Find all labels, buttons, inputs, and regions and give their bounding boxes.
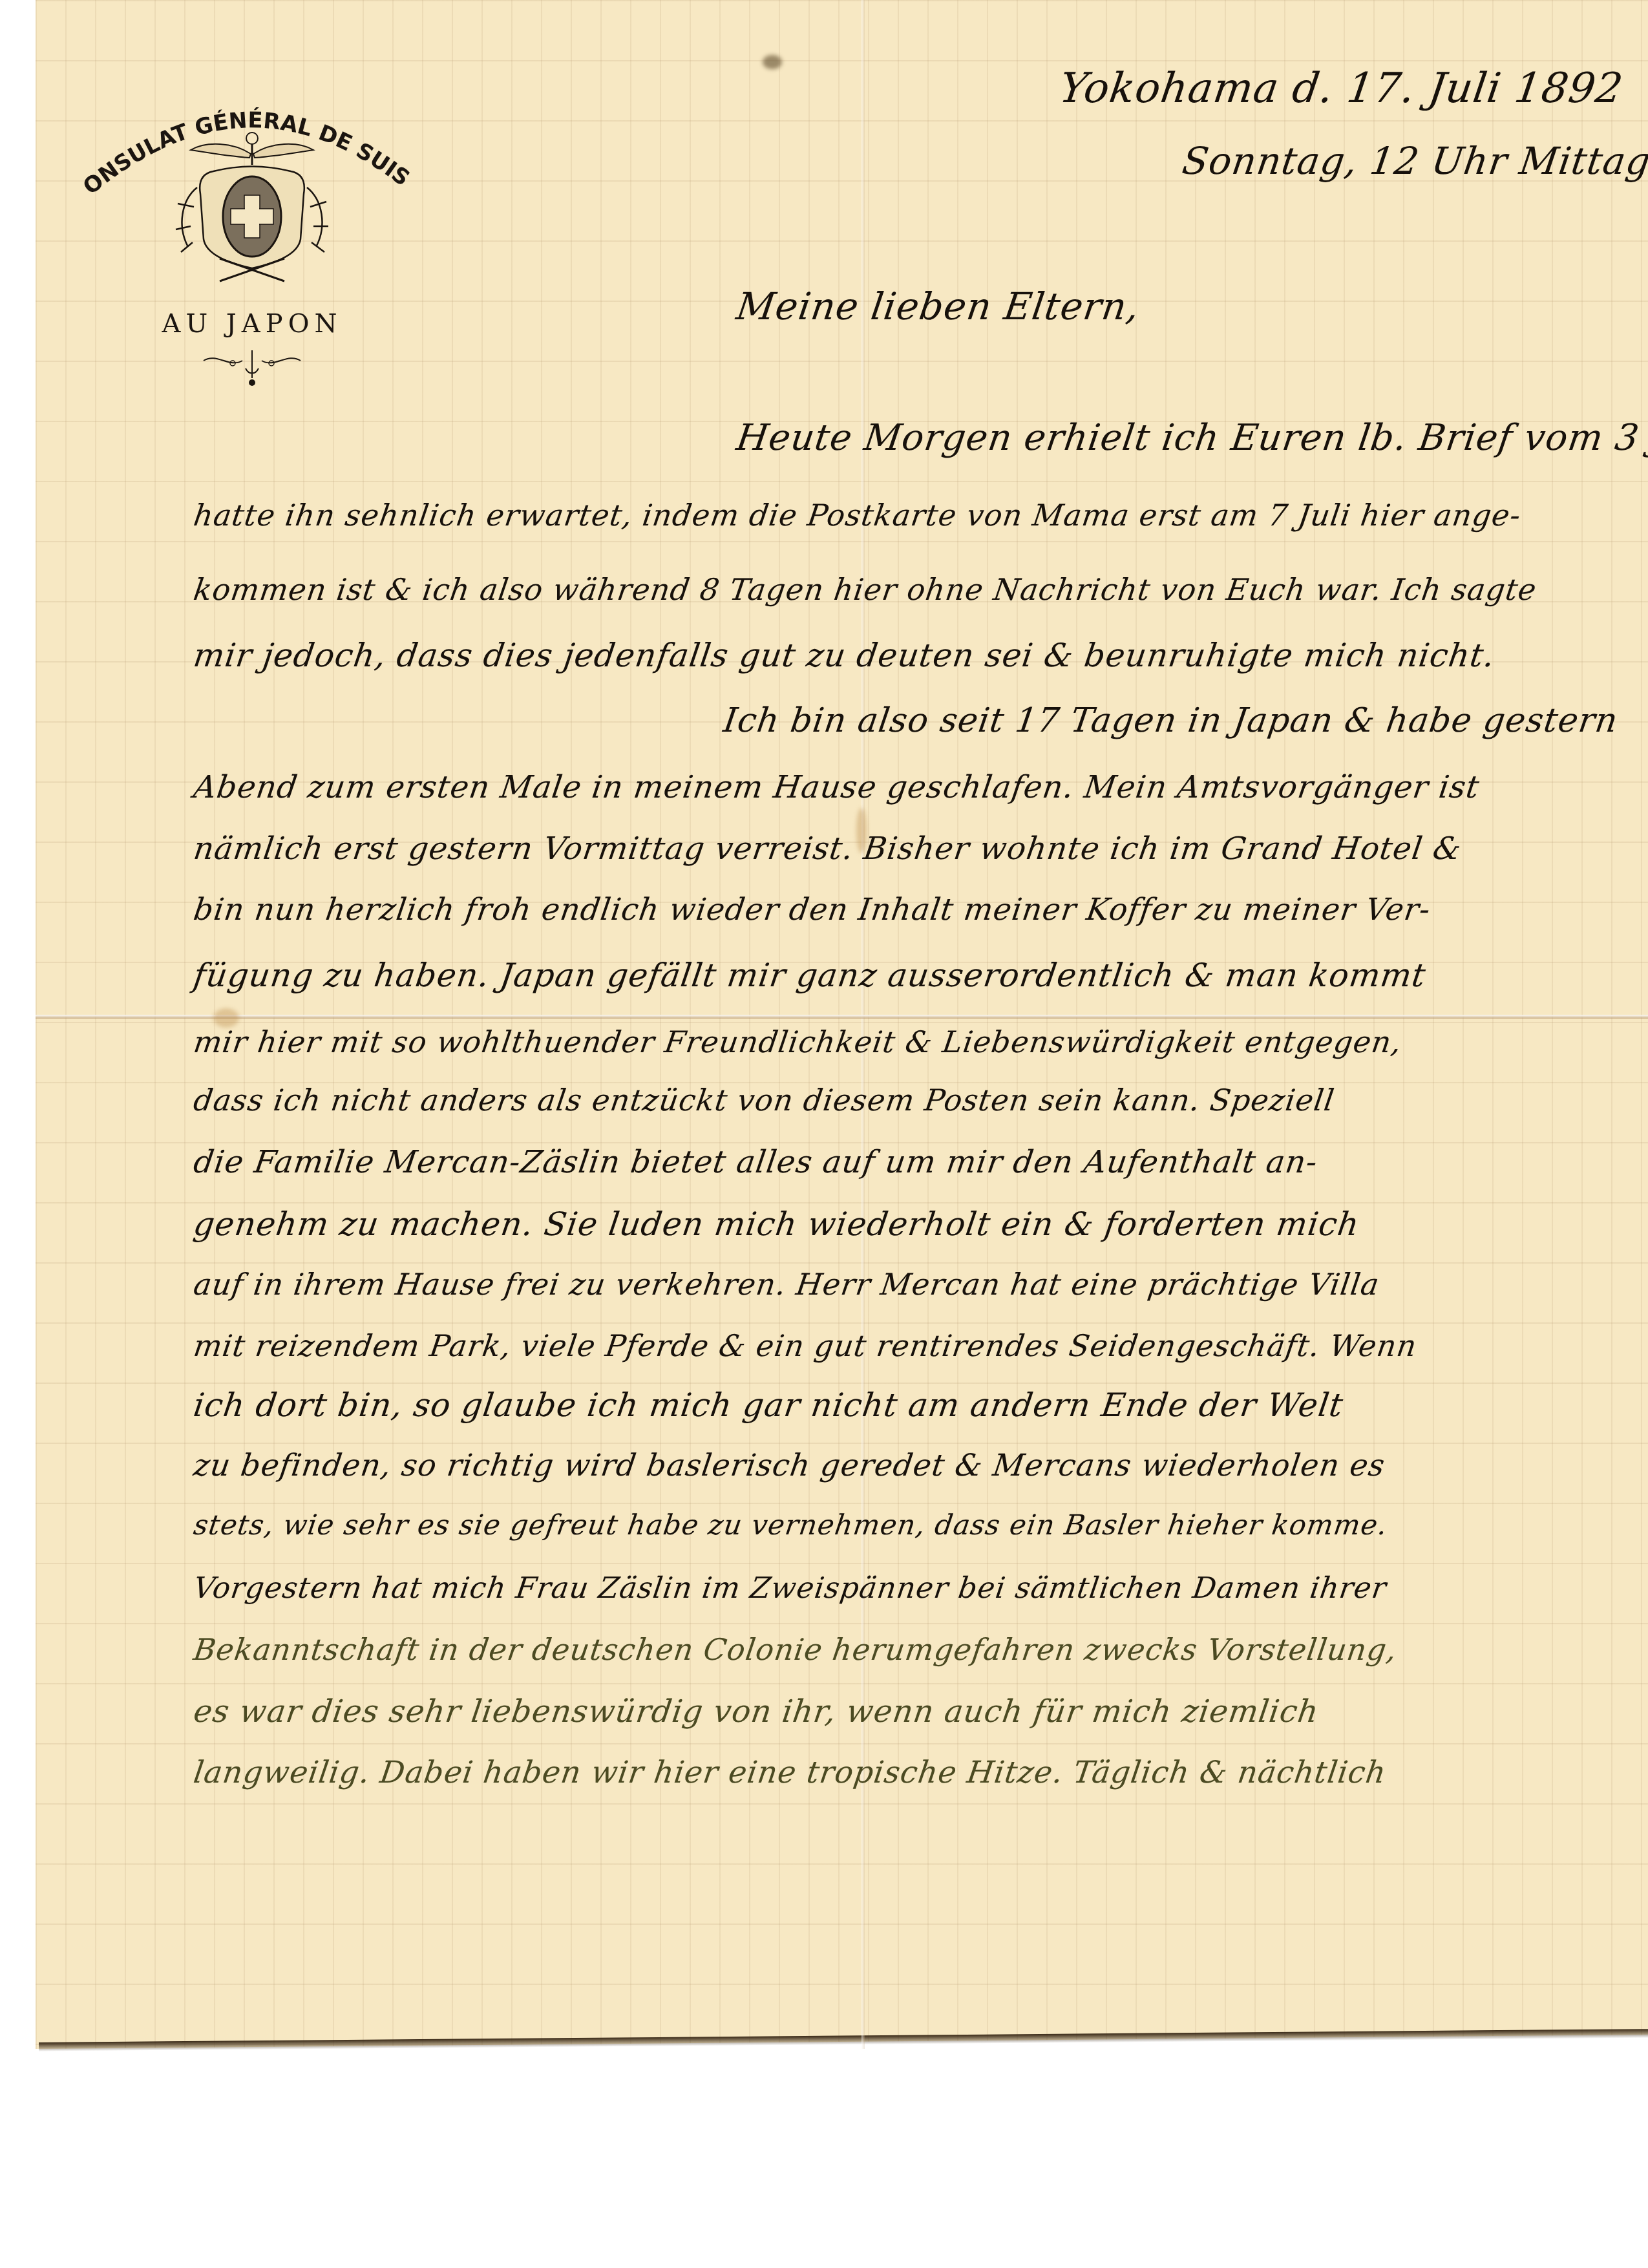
letter-line: genehm zu machen. Sie luden mich wiederh… [191, 1205, 1362, 1243]
letter-line: auf in ihrem Hause frei zu verkehren. He… [191, 1267, 1382, 1302]
letter-line: dass ich nicht anders als entzückt von d… [191, 1083, 1336, 1118]
fleuron-ornament-icon [197, 349, 307, 394]
ink-blot [763, 55, 782, 69]
letter-line: Ich bin also seit 17 Tagen in Japan & ha… [721, 701, 1621, 740]
letter-line: die Familie Mercan-Zäslin bietet alles a… [191, 1144, 1320, 1180]
letter-line: Bekanntschaft in der deutschen Colonie h… [191, 1632, 1399, 1667]
letter-line: Abend zum ersten Male in meinem Hause ge… [191, 769, 1482, 805]
letter-line: kommen ist & ich also während 8 Tagen hi… [191, 572, 1539, 607]
letter-line: langweilig. Dabei haben wir hier eine tr… [191, 1755, 1388, 1790]
horizontal-fold-line [36, 1015, 1648, 1019]
letterhead-subtitle: AU JAPON [71, 309, 433, 339]
letter-line: nämlich erst gestern Vormittag verreist.… [191, 831, 1464, 867]
letter-line: Vorgestern hat mich Frau Zäslin im Zweis… [191, 1571, 1389, 1605]
day-time: Sonntag, 12 Uhr Mittags. [1179, 139, 1648, 183]
place-date: Yokohama d. 17. Juli 1892 [1057, 65, 1626, 112]
letter-line: mit reizendem Park, viele Pferde & ein g… [191, 1328, 1419, 1363]
letter-line: zu befinden, so richtig wird baslerisch … [191, 1448, 1387, 1483]
letter-line: fügung zu haben. Japan gefällt mir ganz … [191, 957, 1428, 994]
letter-line: stets, wie sehr es sie gefreut habe zu v… [191, 1509, 1389, 1542]
letter-line: mir jedoch, dass dies jedenfalls gut zu … [191, 637, 1497, 674]
letter-line: hatte ihn sehnlich erwartet, indem die P… [191, 498, 1523, 533]
swiss-cross-shield-icon [168, 129, 336, 284]
letter-line: es war dies sehr liebenswürdig von ihr, … [191, 1693, 1321, 1730]
letter-line: mir hier mit so wohlthuender Freundlichk… [191, 1024, 1404, 1059]
letterhead: CONSULAT GÉNÉRAL DE SUISSE AU JAPON [71, 45, 433, 407]
salutation: Meine lieben Eltern, [734, 284, 1143, 328]
letter-line: bin nun herzlich froh endlich wieder den… [191, 892, 1433, 927]
letter-line: Heute Morgen erhielt ich Euren lb. Brief… [734, 417, 1648, 459]
letter-line: ich dort bin, so glaube ich mich gar nic… [191, 1386, 1346, 1424]
